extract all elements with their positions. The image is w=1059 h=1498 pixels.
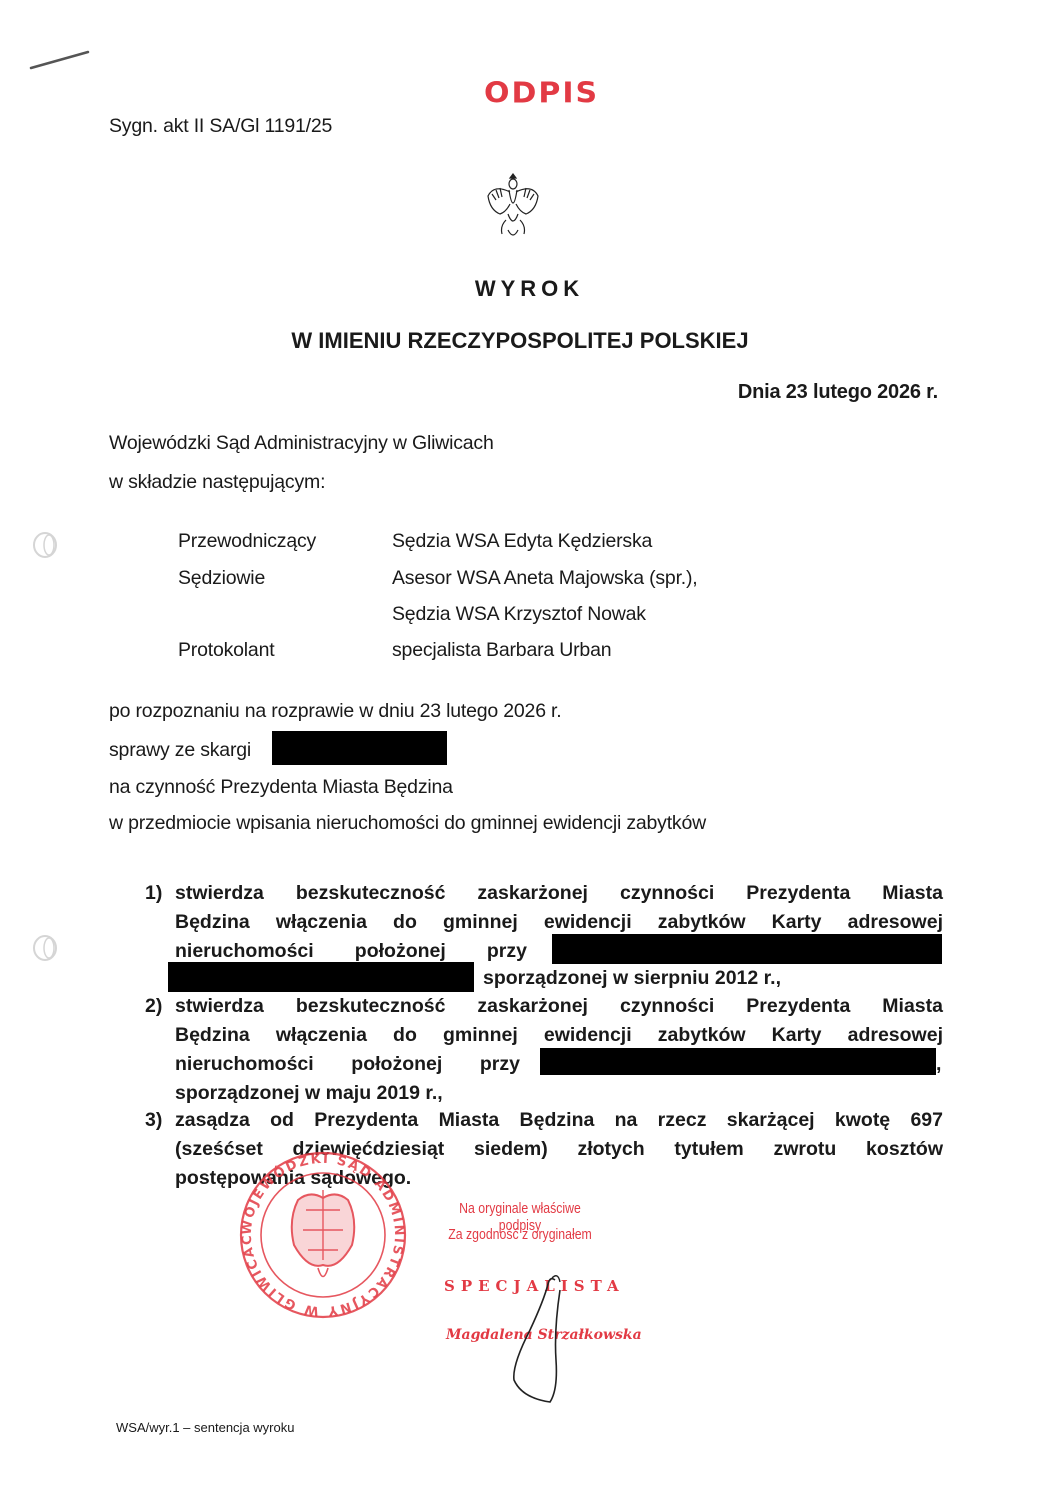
redacted-address — [540, 1048, 936, 1075]
complaint-info: sprawy ze skargi — [109, 738, 251, 762]
decision-line: Będzina włączenia do gminnej ewidencji z… — [175, 910, 943, 934]
pen-mark — [28, 48, 92, 72]
composition-intro: w składzie następującym: — [109, 470, 325, 494]
copy-stamp: ODPIS — [484, 77, 599, 110]
decision-line: Będzina włączenia do gminnej ewidencji z… — [175, 1023, 943, 1047]
action-info: na czynność Prezydenta Miasta Będzina — [109, 775, 453, 799]
judgment-date: Dnia 23 lutego 2026 r. — [738, 380, 938, 404]
decision-number: 1) — [145, 881, 162, 905]
hearing-info: po rozpoznaniu na rozprawie w dniu 23 lu… — [109, 699, 562, 723]
decision-line: nieruchomości położonej przy — [175, 1052, 520, 1076]
decision-line: sporządzonej w maju 2019 r., — [175, 1081, 443, 1105]
panel-member: Sędzia WSA Edyta Kędzierska — [392, 529, 652, 553]
panel-role: Sędziowie — [178, 566, 265, 590]
decision-line: , — [936, 1052, 941, 1076]
decision-line: stwierdza bezskuteczność zaskarżonej czy… — [175, 994, 943, 1018]
court-seal-icon: WOJEWÓDZKI SĄD ADMINISTRACYJNY W GLIWICA… — [228, 1150, 428, 1325]
decision-line: stwierdza bezskuteczność zaskarżonej czy… — [175, 881, 943, 905]
decision-line: nieruchomości położonej przy — [175, 939, 527, 963]
punch-hole-mark-bottom — [30, 933, 60, 963]
court-name: Wojewódzki Sąd Administracyjny w Gliwica… — [109, 431, 494, 455]
redacted-address — [168, 962, 474, 992]
redacted-address — [552, 934, 942, 964]
polish-eagle-emblem-icon — [484, 170, 542, 242]
document-subtitle: W IMIENIU RZECZYPOSPOLITEJ POLSKIEJ — [0, 328, 1040, 354]
decision-number: 2) — [145, 994, 162, 1018]
handwritten-signature-icon — [500, 1270, 570, 1410]
panel-member: Asesor WSA Aneta Majowska (spr.), — [392, 566, 698, 590]
panel-member: specjalista Barbara Urban — [392, 638, 611, 662]
document-title: WYROK — [0, 276, 1059, 302]
decision-number: 3) — [145, 1108, 162, 1132]
panel-member: Sędzia WSA Krzysztof Nowak — [392, 602, 646, 626]
subject-info: w przedmiocie wpisania nieruchomości do … — [109, 811, 706, 835]
decision-line: zasądza od Prezydenta Miasta Będzina na … — [175, 1108, 943, 1132]
punch-hole-mark-top — [30, 530, 60, 560]
panel-role: Protokolant — [178, 638, 274, 662]
decision-line: sporządzonej w sierpniu 2012 r., — [483, 966, 781, 990]
case-number: Sygn. akt II SA/Gl 1191/25 — [109, 114, 332, 138]
panel-role: Przewodniczący — [178, 529, 316, 553]
form-footer: WSA/wyr.1 – sentencja wyroku — [116, 1420, 294, 1435]
redacted-complainant — [272, 731, 447, 765]
certification-line-2: Za zgodność z oryginałem — [438, 1226, 602, 1243]
